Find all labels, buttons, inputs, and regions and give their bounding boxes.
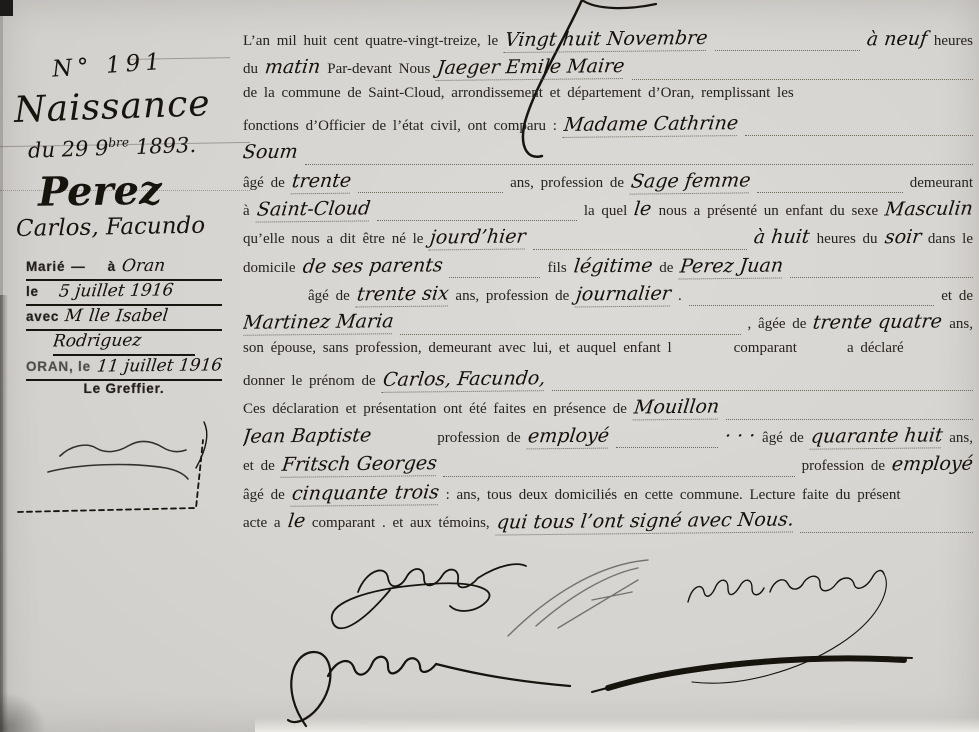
handwritten-text: Vingt huit Novembre xyxy=(504,28,709,53)
text-line: avecMlleIsabel xyxy=(26,306,222,331)
dotted-leader xyxy=(800,532,973,533)
act-date-day: du 29 9 xyxy=(28,136,109,163)
printed-text: nous a présenté un enfant du sexe xyxy=(659,203,879,220)
handwritten-text: 5 juillet 1916 xyxy=(58,281,175,302)
text-line: Rodriguez xyxy=(53,331,194,356)
printed-text: L’an mil huit cent quatre-vingt-treize, … xyxy=(243,33,498,50)
printed-text: ans, xyxy=(949,430,973,447)
handwritten-text: trente quatre xyxy=(812,311,943,334)
handwritten-text: Perez Juan xyxy=(679,255,785,280)
text-line: qu’elle nous a dit être né lejourd’hierà… xyxy=(243,226,973,254)
handwritten-text: Mouillon xyxy=(633,396,721,420)
text-line: fonctions d’Officier de l’état civil, on… xyxy=(243,113,973,141)
handwritten-text: Madame Cathrine xyxy=(563,113,740,138)
child-given-names: Carlos, Facundo xyxy=(16,212,242,242)
handwritten-text: Fritsch Georges xyxy=(280,453,438,478)
printed-text: comparant xyxy=(734,340,797,357)
printed-text: de xyxy=(659,260,673,277)
handwritten-text: Jean Baptiste xyxy=(243,425,373,448)
handwritten-text: Masculin xyxy=(884,198,973,220)
printed-text: fils xyxy=(547,260,566,277)
printed-text: qu’elle nous a dit être né le xyxy=(243,231,423,248)
act-date-year: 1893. xyxy=(129,133,197,159)
text-line: le5 juillet 1916 xyxy=(26,281,222,306)
printed-text: : ans, tous deux domiciliés en cette com… xyxy=(446,487,901,504)
printed-text: dans le xyxy=(928,231,973,248)
signature-soum xyxy=(332,564,526,628)
handwritten-text: Soum xyxy=(243,141,299,163)
record-number: N° 191 xyxy=(51,43,242,82)
handwritten-text: soir xyxy=(883,226,922,248)
scan-bottom-left-blotch xyxy=(0,692,46,732)
handwritten-text: trente xyxy=(290,170,352,194)
text-line: L’an mil huit cent quatre-vingt-treize, … xyxy=(243,28,973,56)
birth-certificate-scan: N° 191 Naissance du 29 9bre 1893. Perez … xyxy=(0,0,979,732)
handwritten-text: légitime xyxy=(572,255,653,277)
text-line: son épouse, sans profession, demeurant a… xyxy=(243,340,973,368)
handwritten-text: journalier xyxy=(575,283,673,307)
dotted-leader xyxy=(757,192,902,193)
marriage-margin-note: Marié—àOranle5 juillet 1916avecMlleIsabe… xyxy=(26,256,222,404)
printed-text: fonctions d’Officier de l’état civil, on… xyxy=(243,118,557,135)
handwritten-text: jourd’hier xyxy=(429,226,527,250)
act-date-month-abbr: bre xyxy=(108,135,129,150)
handwritten-text: qui tous l’ont signé avec Nous. xyxy=(495,510,795,536)
printed-text: âgé de xyxy=(762,430,804,447)
text-line: ORAN, le11 juillet 1916 xyxy=(26,356,222,381)
dotted-leader xyxy=(358,192,503,193)
text-line: âgé detrente sixans, profession dejourna… xyxy=(243,283,973,311)
handwritten-text: Jaeger Emile Maire xyxy=(436,56,626,81)
text-line: Marié—àOran xyxy=(26,256,222,281)
dotted-leader xyxy=(533,249,747,250)
handwritten-text: employé xyxy=(891,453,973,475)
text-line: Soum xyxy=(243,141,973,169)
printed-text: du xyxy=(243,61,258,78)
printed-text: , âgée de xyxy=(748,316,807,333)
act-date: du 29 9bre 1893. xyxy=(28,131,243,162)
act-body: L’an mil huit cent quatre-vingt-treize, … xyxy=(243,28,973,538)
printed-text: . xyxy=(678,288,682,305)
printed-text: la quel xyxy=(584,203,627,220)
printed-text: âgé de xyxy=(308,288,350,305)
handwritten-text: Sage femme xyxy=(630,170,752,195)
act-title: Naissance xyxy=(13,82,242,131)
stamped-text: Le Greffier. xyxy=(84,381,165,396)
dotted-leader xyxy=(689,305,935,306)
handwritten-text: de ses parents xyxy=(301,255,443,278)
handwritten-text: Martinez Maria xyxy=(243,311,395,336)
text-line: Jean Baptisteprofession deemployé· · ·âg… xyxy=(243,425,973,453)
handwritten-text: matin xyxy=(264,56,322,78)
signatures-block xyxy=(240,540,979,732)
printed-text: Par-devant Nous xyxy=(327,61,430,78)
printed-text: heures xyxy=(934,33,973,50)
stamped-text: le xyxy=(26,284,39,299)
printed-text: a déclaré xyxy=(847,340,904,357)
handwritten-text: employé xyxy=(526,425,610,449)
text-line: àSaint-Cloudla quellenous a présenté un … xyxy=(243,198,973,226)
dotted-leader xyxy=(377,220,577,221)
text-line: âgé decinquante trois: ans, tous deux do… xyxy=(243,482,973,510)
printed-text: ans, profession de xyxy=(510,175,624,192)
handwritten-text: à huit xyxy=(753,226,811,248)
text-line: de la commune de Saint-Cloud, arrondisse… xyxy=(243,85,973,113)
text-line: Le Greffier. xyxy=(26,381,222,404)
printed-text: et de xyxy=(941,288,973,305)
handwritten-text: trente six xyxy=(355,283,449,307)
handwritten-text: M xyxy=(64,306,84,326)
stamped-text: avec xyxy=(26,309,59,324)
stamped-text: ORAN, le xyxy=(26,359,91,374)
text-line: acte alecomparant . et aux témoins,qui t… xyxy=(243,510,973,538)
handwritten-text: lle xyxy=(88,306,111,326)
handwritten-text: le xyxy=(286,510,306,532)
stamped-text: — xyxy=(71,259,85,274)
dotted-leader xyxy=(552,390,973,391)
printed-text: domicile xyxy=(243,260,296,277)
printed-text: donner le prénom de xyxy=(243,373,376,390)
printed-text: profession de xyxy=(802,458,885,475)
printed-text: et de xyxy=(243,458,275,475)
printed-text: comparant . et aux témoins, xyxy=(312,515,490,532)
dashed-corner-mark xyxy=(18,440,203,512)
handwritten-text: Oran xyxy=(121,256,166,276)
dotted-leader xyxy=(632,79,973,80)
handwritten-text: Carlos, Facundo, xyxy=(381,368,546,393)
signature-jaeger xyxy=(288,652,912,726)
text-line: dumatinPar-devant NousJaeger Emile Maire xyxy=(243,56,973,84)
text-line: et deFritsch Georgesprofession deemployé xyxy=(243,453,973,481)
margin-column: N° 191 Naissance du 29 9bre 1893. Perez … xyxy=(10,0,242,404)
handwritten-text: Rodriguez xyxy=(53,331,143,351)
text-line: Martinez Maria, âgée detrente quatreans, xyxy=(243,311,973,339)
printed-text: acte a xyxy=(243,515,281,532)
handwritten-text: cinquante trois xyxy=(290,482,440,507)
dotted-leader xyxy=(443,476,794,477)
dotted-leader xyxy=(726,419,973,420)
handwritten-text: à neuf xyxy=(865,28,928,50)
text-line: âgé detrenteans, profession deSage femme… xyxy=(243,170,973,198)
printed-text: son épouse, sans profession, demeurant a… xyxy=(243,340,672,357)
printed-text: à xyxy=(243,203,250,220)
dotted-leader xyxy=(715,50,860,51)
handwritten-text: Isabel xyxy=(114,306,168,326)
dotted-leader xyxy=(400,334,740,335)
stamped-text: Marié xyxy=(26,259,65,274)
greffier-signature xyxy=(0,420,245,530)
signature-fritsch xyxy=(508,560,648,636)
dotted-leader xyxy=(790,277,973,278)
printed-text: de la commune de Saint-Cloud, arrondisse… xyxy=(243,85,794,102)
printed-text: demeurant xyxy=(910,175,973,192)
handwritten-text: Saint-Cloud xyxy=(255,198,371,223)
child-surname: Perez xyxy=(38,165,243,216)
text-line: domicilede ses parentsfilslégitimedePere… xyxy=(243,255,973,283)
dotted-leader xyxy=(745,135,973,136)
stamped-text: à xyxy=(108,259,116,274)
dotted-leader xyxy=(449,277,540,278)
printed-text: heures du xyxy=(817,231,878,248)
printed-text: âgé de xyxy=(243,175,285,192)
printed-text: âgé de xyxy=(243,487,285,504)
handwritten-text: le xyxy=(633,198,653,220)
dotted-leader xyxy=(616,447,718,448)
printed-text: ans, profession de xyxy=(455,288,569,305)
dotted-leader xyxy=(305,164,973,165)
handwritten-text: 11 juillet 1916 xyxy=(96,356,222,377)
handwritten-text: quarante huit xyxy=(809,425,943,450)
printed-text: ans, xyxy=(949,316,973,333)
printed-text: profession de xyxy=(437,430,520,447)
handwritten-text: · · · xyxy=(724,425,757,447)
text-line: donner le prénom deCarlos, Facundo, xyxy=(243,368,973,396)
printed-text: Ces déclaration et présentation ont été … xyxy=(243,401,627,418)
text-line: Ces déclaration et présentation ont été … xyxy=(243,396,973,424)
